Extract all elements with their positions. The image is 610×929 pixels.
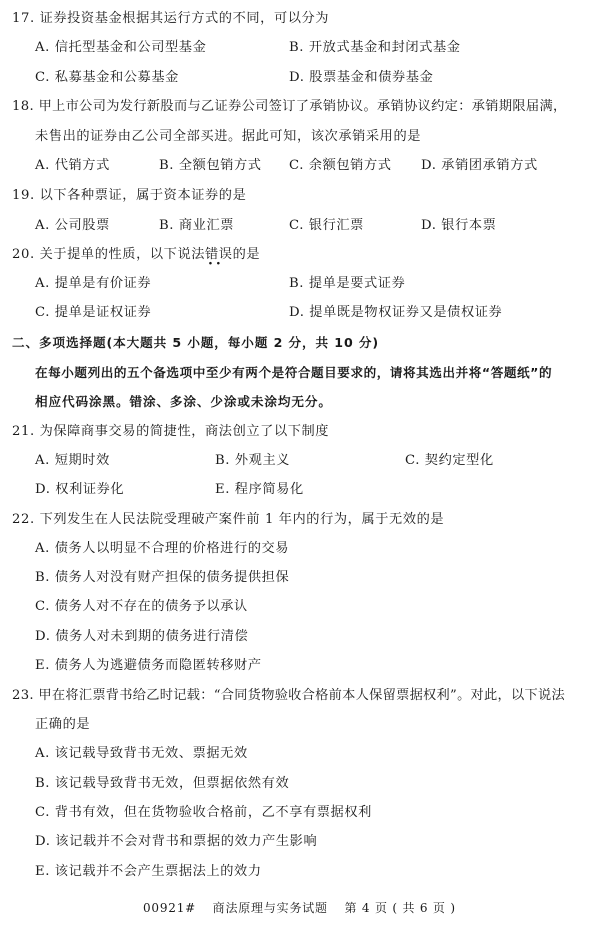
q17-option-a: A. 信托型基金和公司型基金 [35,40,206,56]
question-22-stem: 22. 下列发生在人民法院受理破产案件前 1 年内的行为，属于无效的是 [12,512,444,528]
q23-option-a: A. 该记载导致背书无效、票据无效 [35,746,248,762]
q22-option-d: D. 债务人对未到期的债务进行清偿 [35,629,248,645]
question-23-stem-line1: 23. 甲在将汇票背书给乙时记载：“合同货物验收合格前本人保留票据权利”。对此，… [12,688,565,704]
q20-option-b: B. 提单是要式证券 [289,276,405,292]
q18-option-b: B. 全额包销方式 [159,158,262,174]
q20-option-a: A. 提单是有价证券 [35,276,151,292]
q20-option-c: C. 提单是证权证券 [35,305,151,321]
q20-option-d: D. 提单既是物权证券又是债权证券 [289,305,502,321]
q21-option-e: E. 程序简易化 [215,482,304,498]
exam-title: 商法原理与实务试题 [213,901,328,915]
q20-emphasis-word: 错误 [205,247,233,262]
q17-option-d: D. 股票基金和债券基金 [289,70,433,86]
q22-option-b: B. 债务人对没有财产担保的债务提供担保 [35,570,289,586]
section-2-instruction-line1: 在每小题列出的五个备选项中至少有两个是符合题目要求的，请将其选出并将“答题纸”的 [35,365,552,381]
question-21-stem: 21. 为保障商事交易的简捷性，商法创立了以下制度 [12,424,329,440]
q18-option-d: D. 承销团承销方式 [421,158,538,174]
q23-option-e: E. 该记载并不会产生票据法上的效力 [35,864,262,880]
q19-option-b: B. 商业汇票 [159,218,234,234]
section-2-instruction-line2: 相应代码涂黑。错涂、多涂、少涂或未涂均无分。 [35,394,332,410]
q18-option-c: C. 余额包销方式 [289,158,392,174]
question-18-stem-line2: 未售出的证券由乙公司全部买进。据此可知，该次承销采用的是 [35,129,421,145]
q22-option-c: C. 债务人对不存在的债务予以承认 [35,599,248,615]
section-2-heading: 二、多项选择题(本大题共 5 小题，每小题 2 分，共 10 分) [12,335,379,351]
q22-option-a: A. 债务人以明显不合理的价格进行的交易 [35,541,289,557]
q19-option-c: C. 银行汇票 [289,218,364,234]
q18-option-a: A. 代销方式 [35,158,110,174]
q23-option-b: B. 该记载导致背书无效，但票据依然有效 [35,776,289,792]
q20-stem-after: 的是 [233,247,261,262]
q21-option-d: D. 权利证券化 [35,482,124,498]
q17-option-b: B. 开放式基金和封闭式基金 [289,40,461,56]
q23-option-c: C. 背书有效，但在货物验收合格前，乙不享有票据权利 [35,805,372,821]
q21-option-c: C. 契约定型化 [405,453,494,469]
q22-option-e: E. 债务人为逃避债务而隐匿转移财产 [35,658,262,674]
page-footer: 00921# 商法原理与实务试题 第 4 页 ( 共 6 页 ) [143,900,468,916]
question-19-stem: 19. 以下各种票证，属于资本证券的是 [12,188,246,204]
q23-option-d: D. 该记载并不会对背书和票据的效力产生影响 [35,834,317,850]
question-23-stem-line2: 正确的是 [35,717,90,733]
question-18-stem-line1: 18. 甲上市公司为发行新股而与乙证券公司签订了承销协议。承销协议约定：承销期限… [12,99,567,115]
q21-option-b: B. 外观主义 [215,453,290,469]
q19-option-d: D. 银行本票 [421,218,496,234]
exam-code: 00921# [143,901,196,915]
question-20-stem: 20. 关于提单的性质，以下说法错误的是 [12,247,260,263]
question-17-stem: 17. 证券投资基金根据其运行方式的不同，可以分为 [12,11,329,27]
q20-stem-before: 20. 关于提单的性质，以下说法 [12,247,205,262]
q21-option-a: A. 短期时效 [35,453,110,469]
page-number: 第 4 页 ( 共 6 页 ) [344,901,455,915]
q17-option-c: C. 私募基金和公募基金 [35,70,179,86]
q19-option-a: A. 公司股票 [35,218,110,234]
